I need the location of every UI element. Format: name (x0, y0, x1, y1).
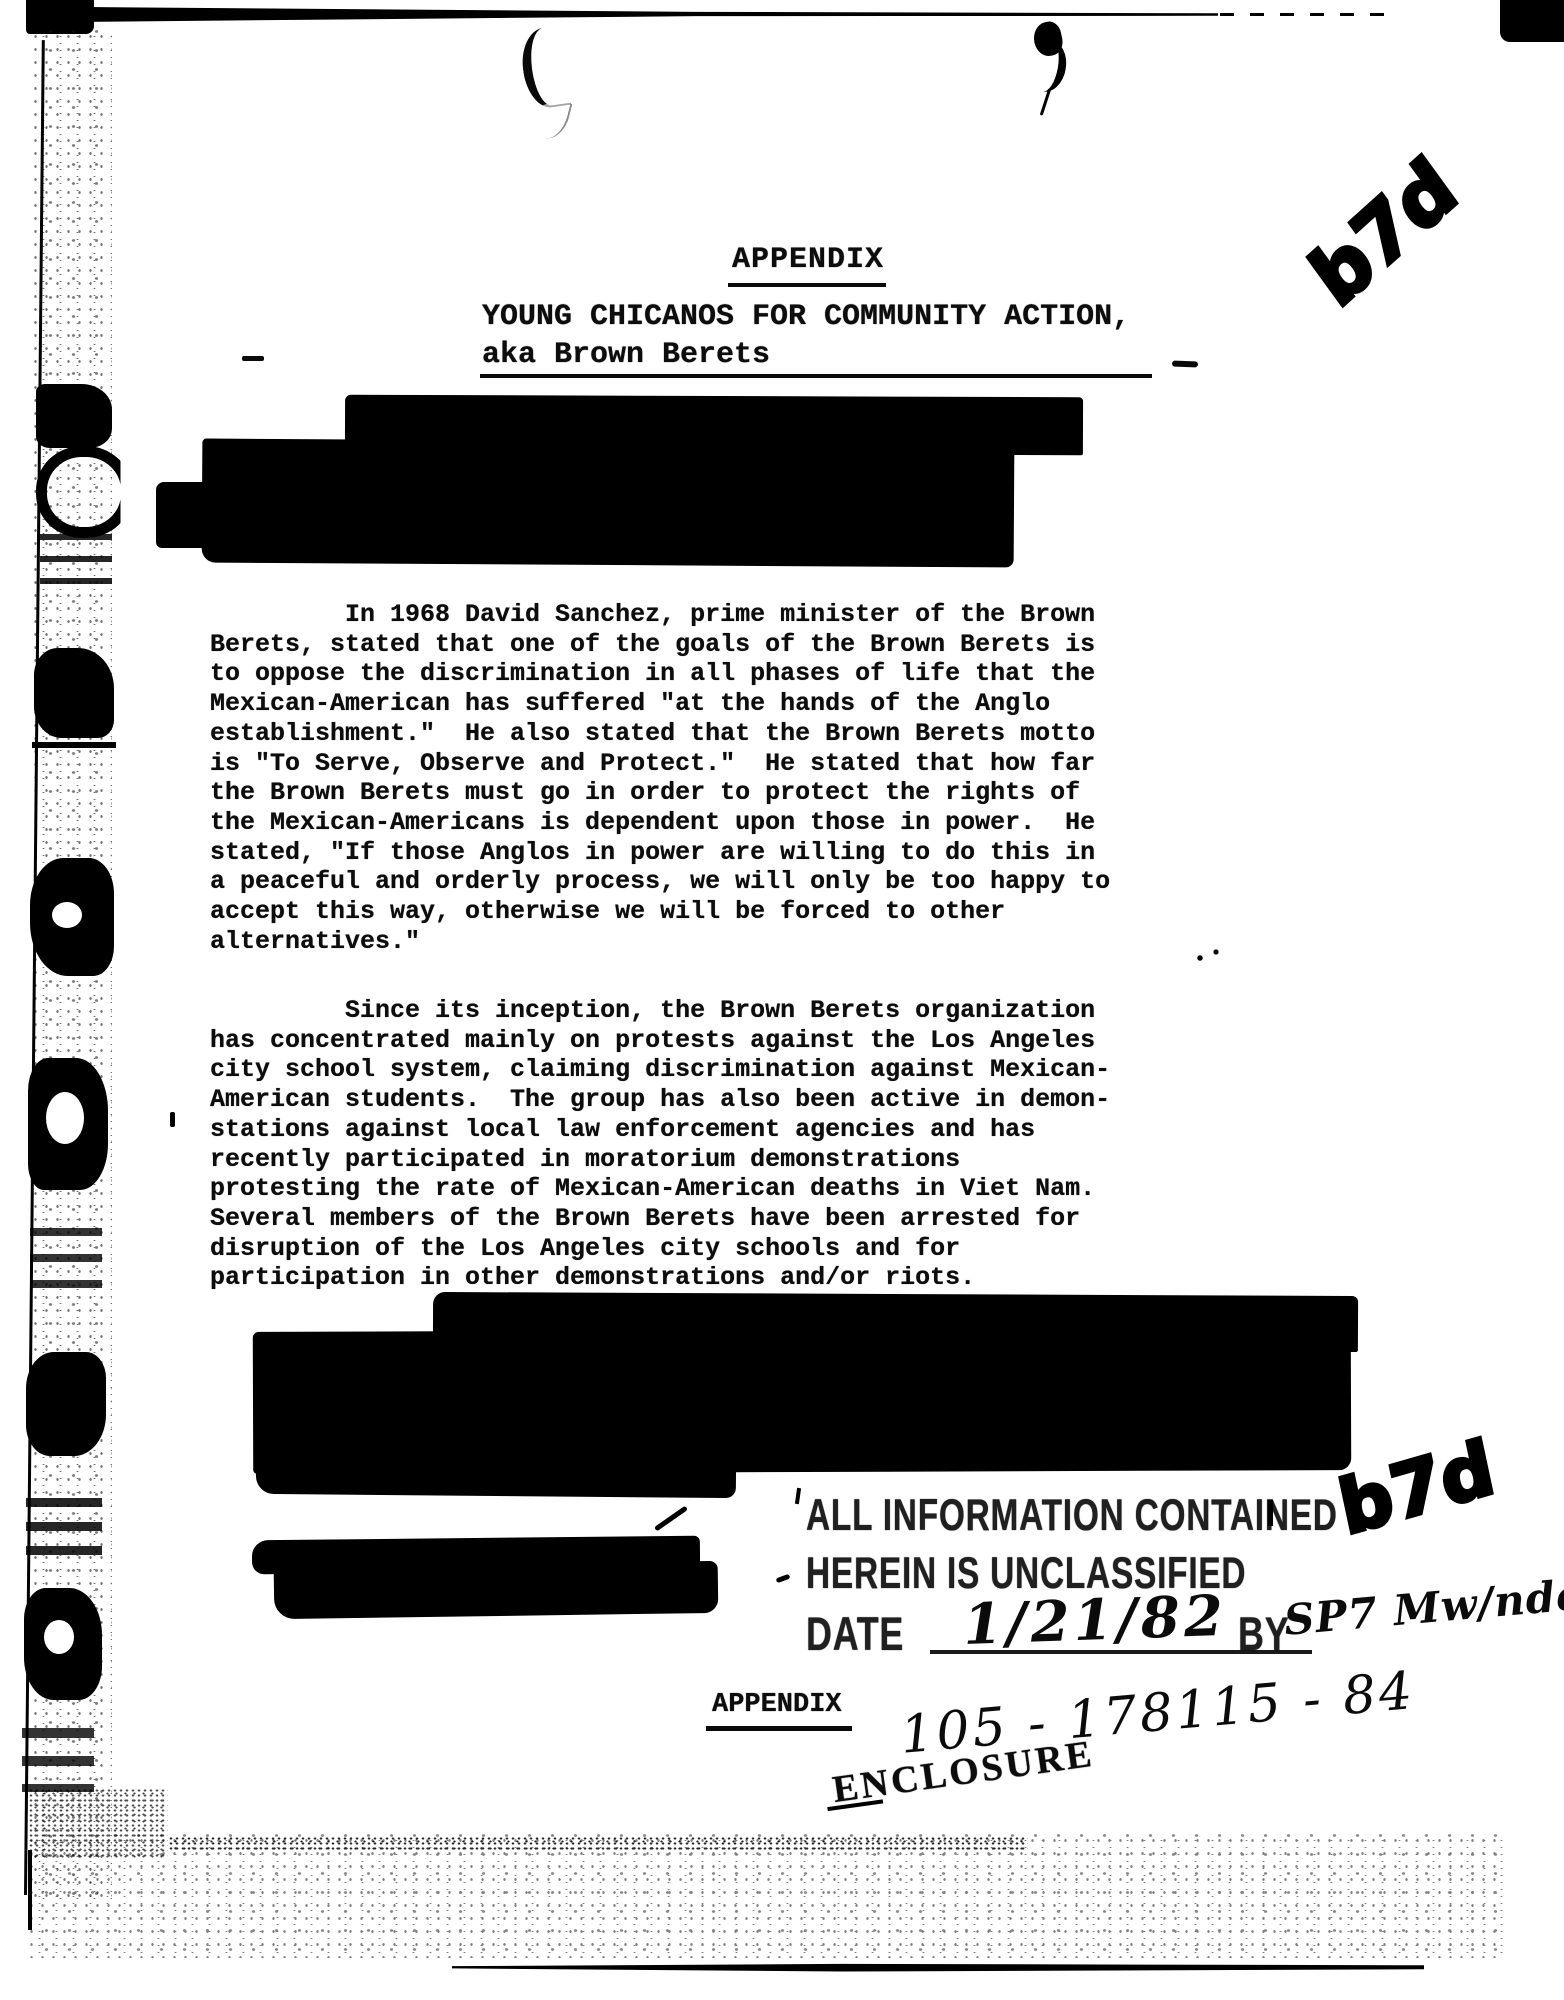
scan-artifact-left-ring (36, 446, 132, 538)
handwritten-exemption-top: b7d (1296, 141, 1473, 325)
scan-artifact-bottom-left-patch (28, 1788, 168, 1858)
stamp-line1-trailing-mark (1268, 1500, 1273, 1526)
scan-artifact-bottom-rule (452, 1963, 1424, 1972)
scan-artifact-squiggle-tail (1040, 88, 1052, 116)
scan-artifact-left-blob-5 (26, 1352, 106, 1456)
scan-artifact-left-hline (32, 742, 116, 748)
stamp-by-label: BY (1238, 1606, 1289, 1661)
appendix-heading: APPENDIX (732, 243, 884, 277)
scan-artifact-left-dashes-3 (26, 1498, 102, 1560)
scan-artifact-squiggle-hook (1024, 37, 1070, 95)
scan-artifact-bottom-dense-strip (168, 1836, 1028, 1851)
stamp-line1-tickmarks (795, 1488, 801, 1504)
redaction-strike-tick (654, 1506, 688, 1532)
stamp-date-label: DATE (806, 1606, 904, 1661)
scan-artifact-left-dashes-4 (22, 1728, 94, 1792)
handwritten-exemption-bottom: b7d (1332, 1425, 1501, 1553)
scan-artifact-top-edge-line (58, 5, 1218, 23)
paragraph-1: In 1968 David Sanchez, prime minister of… (210, 600, 1110, 956)
handwritten-signature: SP7 Mw/nde (1282, 1570, 1564, 1645)
scan-artifact-bottom-left-line (28, 1850, 32, 1930)
scan-artifact-top-edge-dashes (1220, 13, 1400, 16)
footer-appendix-underline (706, 1726, 852, 1731)
scan-artifact-left-blob-3-gap (52, 902, 82, 928)
handwritten-date: 1/21/82 (962, 1583, 1228, 1658)
scan-artifact-left-blob-4-gap (46, 1092, 84, 1144)
scan-artifact-apostrophe-mark (170, 1112, 175, 1127)
subject-title-underline (480, 374, 1152, 378)
scan-artifact-top-right-corner (1500, 0, 1564, 42)
scan-artifact-bottom-band (26, 1834, 1504, 1958)
scanned-document-page: APPENDIX YOUNG CHICANOS FOR COMMUNITY AC… (0, 0, 1564, 2000)
subject-title-line2: aka Brown Berets (482, 338, 770, 372)
subject-title-line1: YOUNG CHICANOS FOR COMMUNITY ACTION, (482, 300, 1130, 334)
scan-artifact-right-dots (1196, 948, 1222, 962)
redaction-block-upper-tab (156, 482, 214, 548)
margin-dash-right (1172, 361, 1198, 368)
footer-appendix-label: APPENDIX (712, 1690, 842, 1720)
scan-artifact-left-dashes-1 (40, 534, 112, 592)
stamp-line2-leading-dot (776, 1574, 791, 1583)
scan-artifact-left-blob-2 (34, 648, 114, 738)
redaction-strike-bar2 (274, 1561, 719, 1619)
stamp-line1: ALL INFORMATION CONTAINED (806, 1490, 1338, 1541)
redaction-block-lower-foot (256, 1450, 736, 1498)
margin-dash-left (242, 356, 264, 361)
paragraph-2: Since its inception, the Brown Berets or… (210, 996, 1110, 1293)
scan-artifact-left-blob-6-gap (44, 1620, 74, 1654)
scan-artifact-left-blob-1 (36, 384, 112, 448)
redaction-block-upper-main (202, 439, 1015, 568)
appendix-heading-underline (728, 283, 886, 287)
scan-artifact-left-dashes-2 (30, 1228, 102, 1300)
